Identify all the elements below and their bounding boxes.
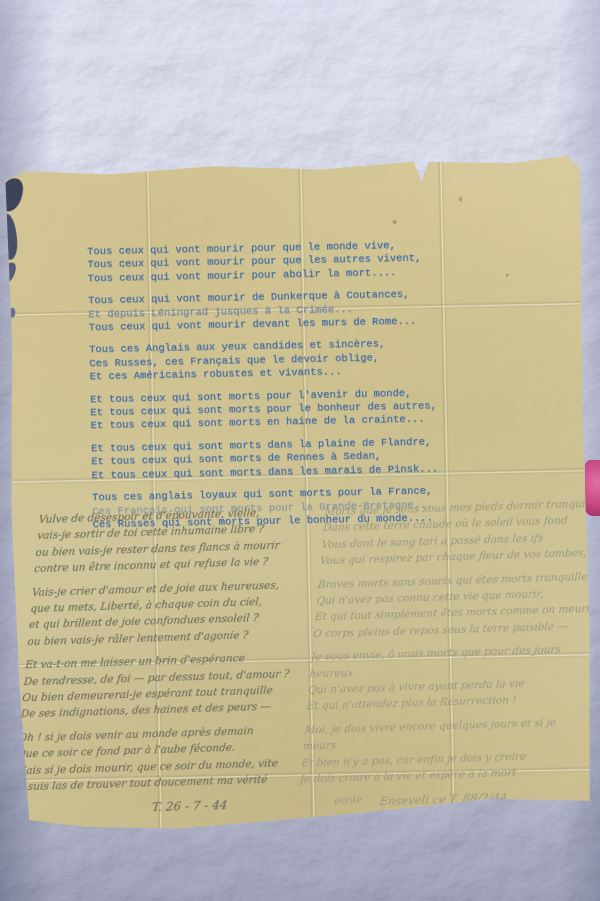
handwritten-stanza: Moi, je dois vivre encore quelques jours… [299,714,589,788]
photo-of-old-letter: Tous ceux qui vont mourir pour que le mo… [0,0,600,901]
pink-object-edge [585,460,600,516]
handwritten-stanza: Morts que je sens sous mes pieds dormir … [319,495,600,569]
handwritten-stanza: Vais-je crier d'amour et de joie aux heu… [27,576,321,651]
handwritten-left-column: Vulve de désespoir et d'épouvante, viell… [11,503,328,819]
typed-stanza: Et tous ceux qui sont morts pour l'aveni… [90,385,521,434]
handwritten-stanza: Braves morts sans soucis qui êtes morts … [313,568,600,642]
handwritten-date-left: T. 26 - 7 - 44 [151,794,301,815]
handwritten-stanza: Je vous envie, ô vrais morts que pour de… [306,641,596,715]
handwritten-right-column: Morts que je sens sous mes pieds dormir … [297,495,600,811]
old-letter-paper: Tous ceux qui vont mourir pour que le mo… [3,154,594,833]
stain-speck [393,220,397,224]
typed-stanza: Tous ceux qui vont mourir de Dunkerque à… [88,287,519,336]
typed-poem: Tous ceux qui vont mourir pour que le mo… [87,238,523,542]
handwritten-stanza: Oh ! si je dois venir au monde après dem… [13,721,307,796]
handwritten-stanza: Vulve de désespoir et d'épouvante, viell… [33,503,327,578]
typed-stanza: Et tous ceux qui sont morts dans la plai… [91,434,522,483]
handwritten-stanza: Et va-t-on me laisser un brin d'espéranc… [20,648,314,723]
typed-stanza: Tous ceux qui vont mourir pour que le mo… [87,238,518,287]
handwritten-side-word: écrite [334,794,363,807]
typed-stanza: Tous ces Anglais aux yeux candides et si… [89,336,520,385]
stain-speck [459,197,462,202]
